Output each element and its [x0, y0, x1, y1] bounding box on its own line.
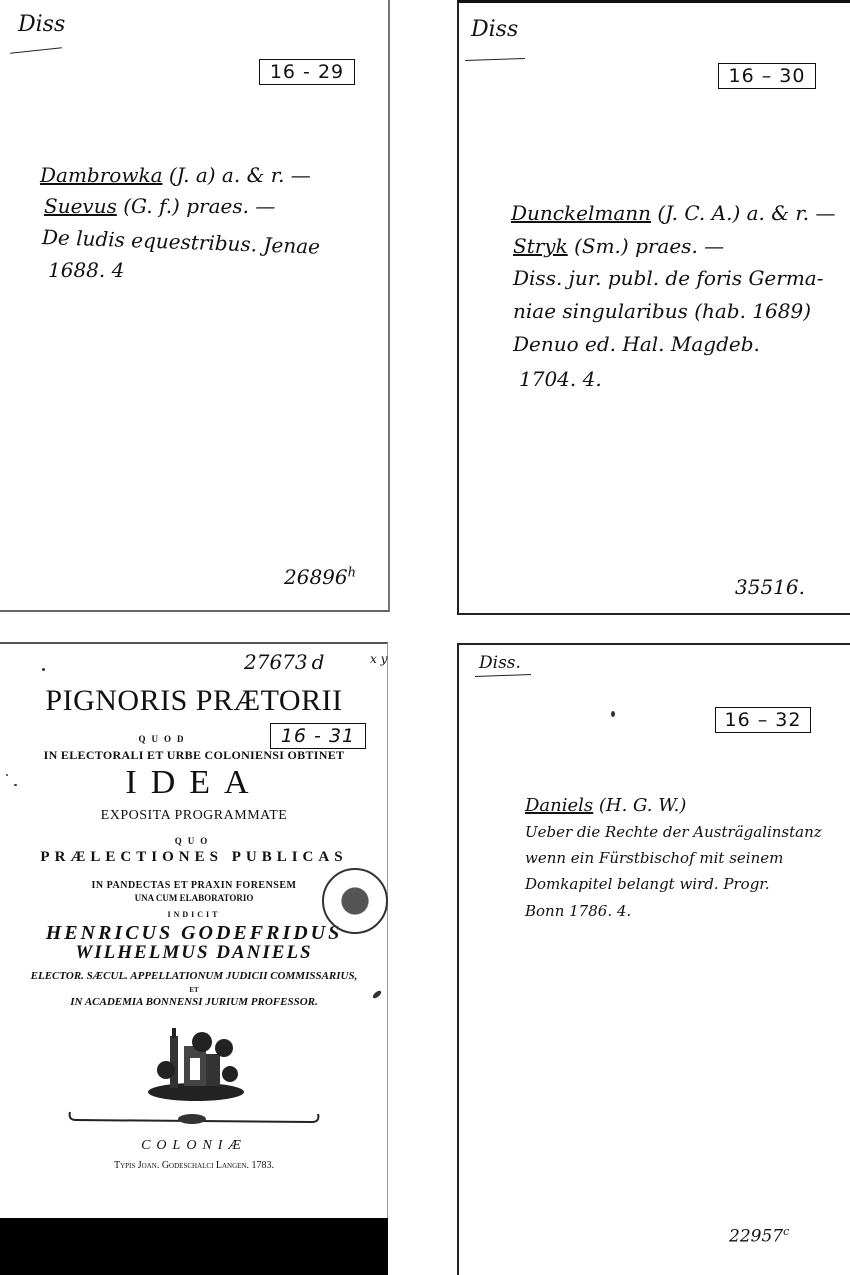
- ornamental-rule-icon: [68, 1110, 320, 1124]
- accession-number: 27673d: [244, 650, 324, 674]
- call-number-box: 16 – 30: [718, 63, 816, 89]
- title-quo: QUO: [0, 836, 388, 846]
- entry-line: Domkapitel belangt wird. Progr.: [525, 875, 770, 893]
- diss-underline: [465, 58, 525, 61]
- imprint-printer: Typis Joan. Godeschalci Langen. 1783.: [0, 1160, 388, 1171]
- title-praelectiones: PRÆLECTIONES PUBLICAS: [0, 849, 388, 866]
- corner-mark: x y: [370, 652, 387, 666]
- ruins-vignette-icon: [144, 1024, 248, 1102]
- entry-line: Dunckelmann (J. C. A.) a. & r. —: [511, 198, 835, 229]
- entry-line: Daniels (H. G. W.): [525, 795, 686, 816]
- entry-line: Diss. jur. publ. de foris Germa-: [513, 263, 823, 294]
- diss-label: Diss.: [479, 653, 521, 673]
- author-academia: IN ACADEMIA BONNENSI JURIUM PROFESSOR.: [0, 996, 388, 1008]
- title-subtitle: IN ELECTORALI ET URBE COLONIENSI OBTINET: [0, 748, 388, 763]
- call-number-box: 16 - 29: [259, 59, 355, 85]
- entry-line: 1688. 4: [48, 255, 124, 286]
- praeses-name: Suevus: [44, 194, 117, 218]
- entry-line: Dambrowka (J. a) a. & r. —: [40, 160, 311, 191]
- praeses-name: Stryk: [513, 234, 568, 258]
- entry-line: Ueber die Rechte der Austrägalinstanz: [525, 823, 822, 841]
- title-idea: IDEA: [0, 764, 388, 802]
- accession-number: 22957c: [729, 1225, 789, 1247]
- title-exposita: EXPOSITA PROGRAMMATE: [0, 808, 388, 824]
- book-title: PIGNORIS PRÆTORII: [0, 684, 388, 718]
- catalog-card-16-32: Diss. 16 – 32 Daniels (H. G. W.) Ueber d…: [457, 643, 850, 1275]
- author-name: Dambrowka: [40, 163, 163, 187]
- author-office: ELECTOR. SÆCUL. APPELLATIONUM JUDICII CO…: [0, 970, 388, 982]
- catalog-card-16-30: Diss 16 – 30 Dunckelmann (J. C. A.) a. &…: [457, 0, 850, 615]
- diss-label: Diss: [18, 12, 65, 37]
- accession-number: 26896h: [284, 565, 356, 589]
- speck: [6, 774, 8, 776]
- entry-line: Stryk (Sm.) praes. —: [513, 231, 724, 262]
- title-et: ET: [0, 986, 388, 994]
- entry-line: 1704. 4.: [519, 364, 602, 395]
- diss-underline: [475, 674, 531, 677]
- diss-label: Diss: [471, 17, 518, 42]
- speck: [14, 784, 17, 786]
- call-number-box: 16 – 32: [715, 707, 811, 733]
- title-quod: QUOD: [0, 734, 358, 744]
- entry-line: Denuo ed. Hal. Magdeb.: [513, 329, 760, 360]
- entry-line: Bonn 1786. 4.: [525, 902, 631, 920]
- library-stamp-icon: [322, 868, 388, 934]
- title-page-16-31: 27673d x y PIGNORIS PRÆTORII 16 - 31 QUO…: [0, 642, 388, 1275]
- entry-line: Suevus (G. f.) praes. —: [44, 191, 275, 222]
- entry-line: wenn ein Fürstbischof mit seinem: [525, 849, 783, 867]
- entry-line: niae singularibus (hab. 1689): [513, 296, 811, 327]
- imprint-place: COLONIÆ: [0, 1138, 388, 1154]
- speck: [42, 668, 45, 671]
- scan-edge-bar: [0, 1218, 388, 1275]
- accession-number: 35516.: [735, 575, 805, 599]
- author-line-2: WILHELMUS DANIELS: [0, 942, 388, 964]
- author-name: Daniels: [525, 795, 593, 816]
- speck: [611, 711, 615, 717]
- author-name: Dunckelmann: [511, 201, 651, 225]
- catalog-card-16-29: Diss 16 - 29 Dambrowka (J. a) a. & r. — …: [0, 0, 390, 612]
- diss-underline: [10, 47, 62, 53]
